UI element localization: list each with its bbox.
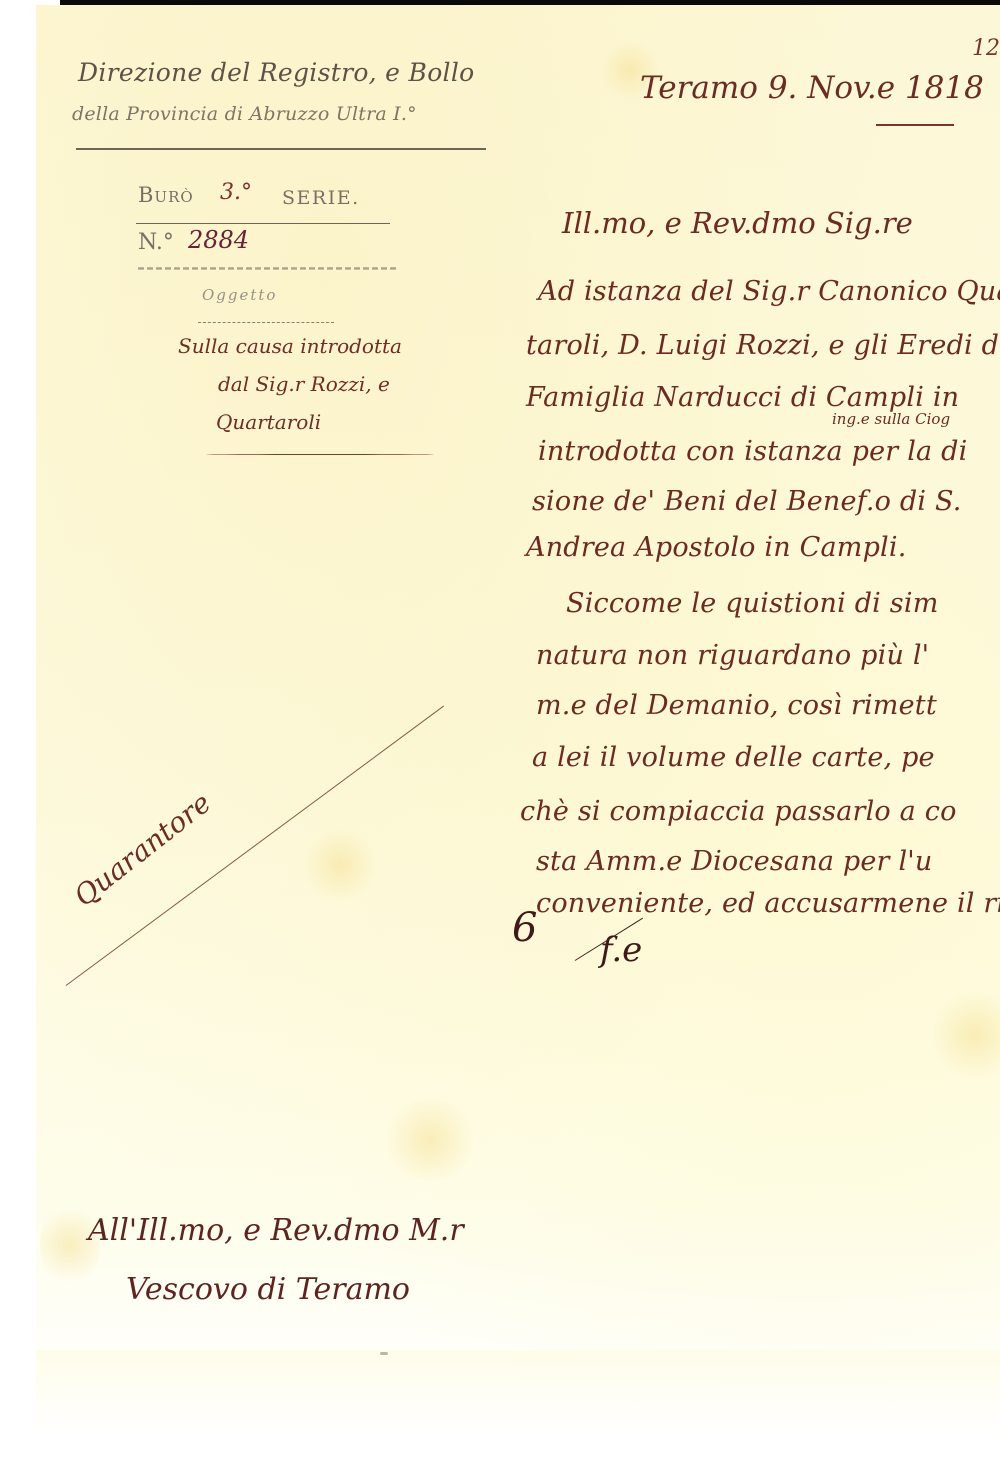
- letterhead-rule: [76, 148, 486, 150]
- protocol-number-label: N.°: [138, 230, 174, 255]
- body-line: Siccome le quistioni di sim: [566, 588, 939, 619]
- buro-label: Burò: [138, 183, 194, 207]
- body-line: a lei il volume delle carte, pe: [532, 742, 935, 773]
- body-line: natura non riguardano più l': [536, 640, 929, 671]
- body-line: Famiglia Narducci di Campli in: [526, 382, 959, 413]
- date-underline: [876, 124, 954, 126]
- body-line: m.e del Demanio, così rimett: [536, 690, 937, 721]
- oggetto-label: Oggetto: [202, 286, 277, 304]
- serie-label: SERIE.: [282, 187, 360, 209]
- paper-bottom-fade: [36, 1350, 1000, 1458]
- body-line: conveniente, ed accusarmene il ric: [536, 888, 1000, 919]
- ink-smudge: [380, 1352, 388, 1355]
- letterhead-title: Direzione del Registro, e Bollo: [78, 58, 474, 87]
- body-line: Andrea Apostolo in Campli.: [526, 532, 907, 563]
- closing-mark: 6: [512, 905, 537, 951]
- paper-stain: [300, 830, 380, 900]
- subject-line-3: Quartaroli: [216, 410, 321, 434]
- subject-line-2: dal Sig.r Rozzi, e: [218, 372, 390, 396]
- body-line: taroli, D. Luigi Rozzi, e gli Eredi d: [526, 330, 999, 361]
- paper-stain: [380, 1100, 480, 1180]
- protocol-number-value: 2884: [188, 226, 249, 254]
- signature: f.e: [600, 930, 642, 970]
- subject-underline: [206, 454, 434, 455]
- place-date: Teramo 9. Nov.e 1818: [640, 70, 984, 106]
- letterhead-subtitle: della Provincia di Abruzzo Ultra I.°: [72, 103, 417, 125]
- body-line: sta Amm.e Diocesana per l'u: [536, 846, 933, 877]
- body-line: sione de' Beni del Benef.o di S.: [532, 486, 962, 517]
- oggetto-rule: [198, 322, 334, 323]
- buro-rule: [136, 223, 390, 224]
- address-line-2: Vescovo di Teramo: [126, 1272, 410, 1307]
- body-line: introdotta con istanza per la di: [538, 436, 967, 467]
- body-line: Ad istanza del Sig.r Canonico Qua: [538, 276, 1000, 307]
- interlinear-insertion: ing.e sulla Ciog: [832, 410, 950, 428]
- subject-line-1: Sulla causa introdotta: [178, 334, 402, 358]
- address-line-1: All'Ill.mo, e Rev.dmo M.r: [88, 1213, 464, 1248]
- buro-value: 3.°: [220, 180, 252, 205]
- body-line: chè si compiaccia passarlo a co: [520, 796, 957, 827]
- folio-number: 12: [972, 36, 1000, 61]
- salutation: Ill.mo, e Rev.dmo Sig.re: [562, 206, 913, 240]
